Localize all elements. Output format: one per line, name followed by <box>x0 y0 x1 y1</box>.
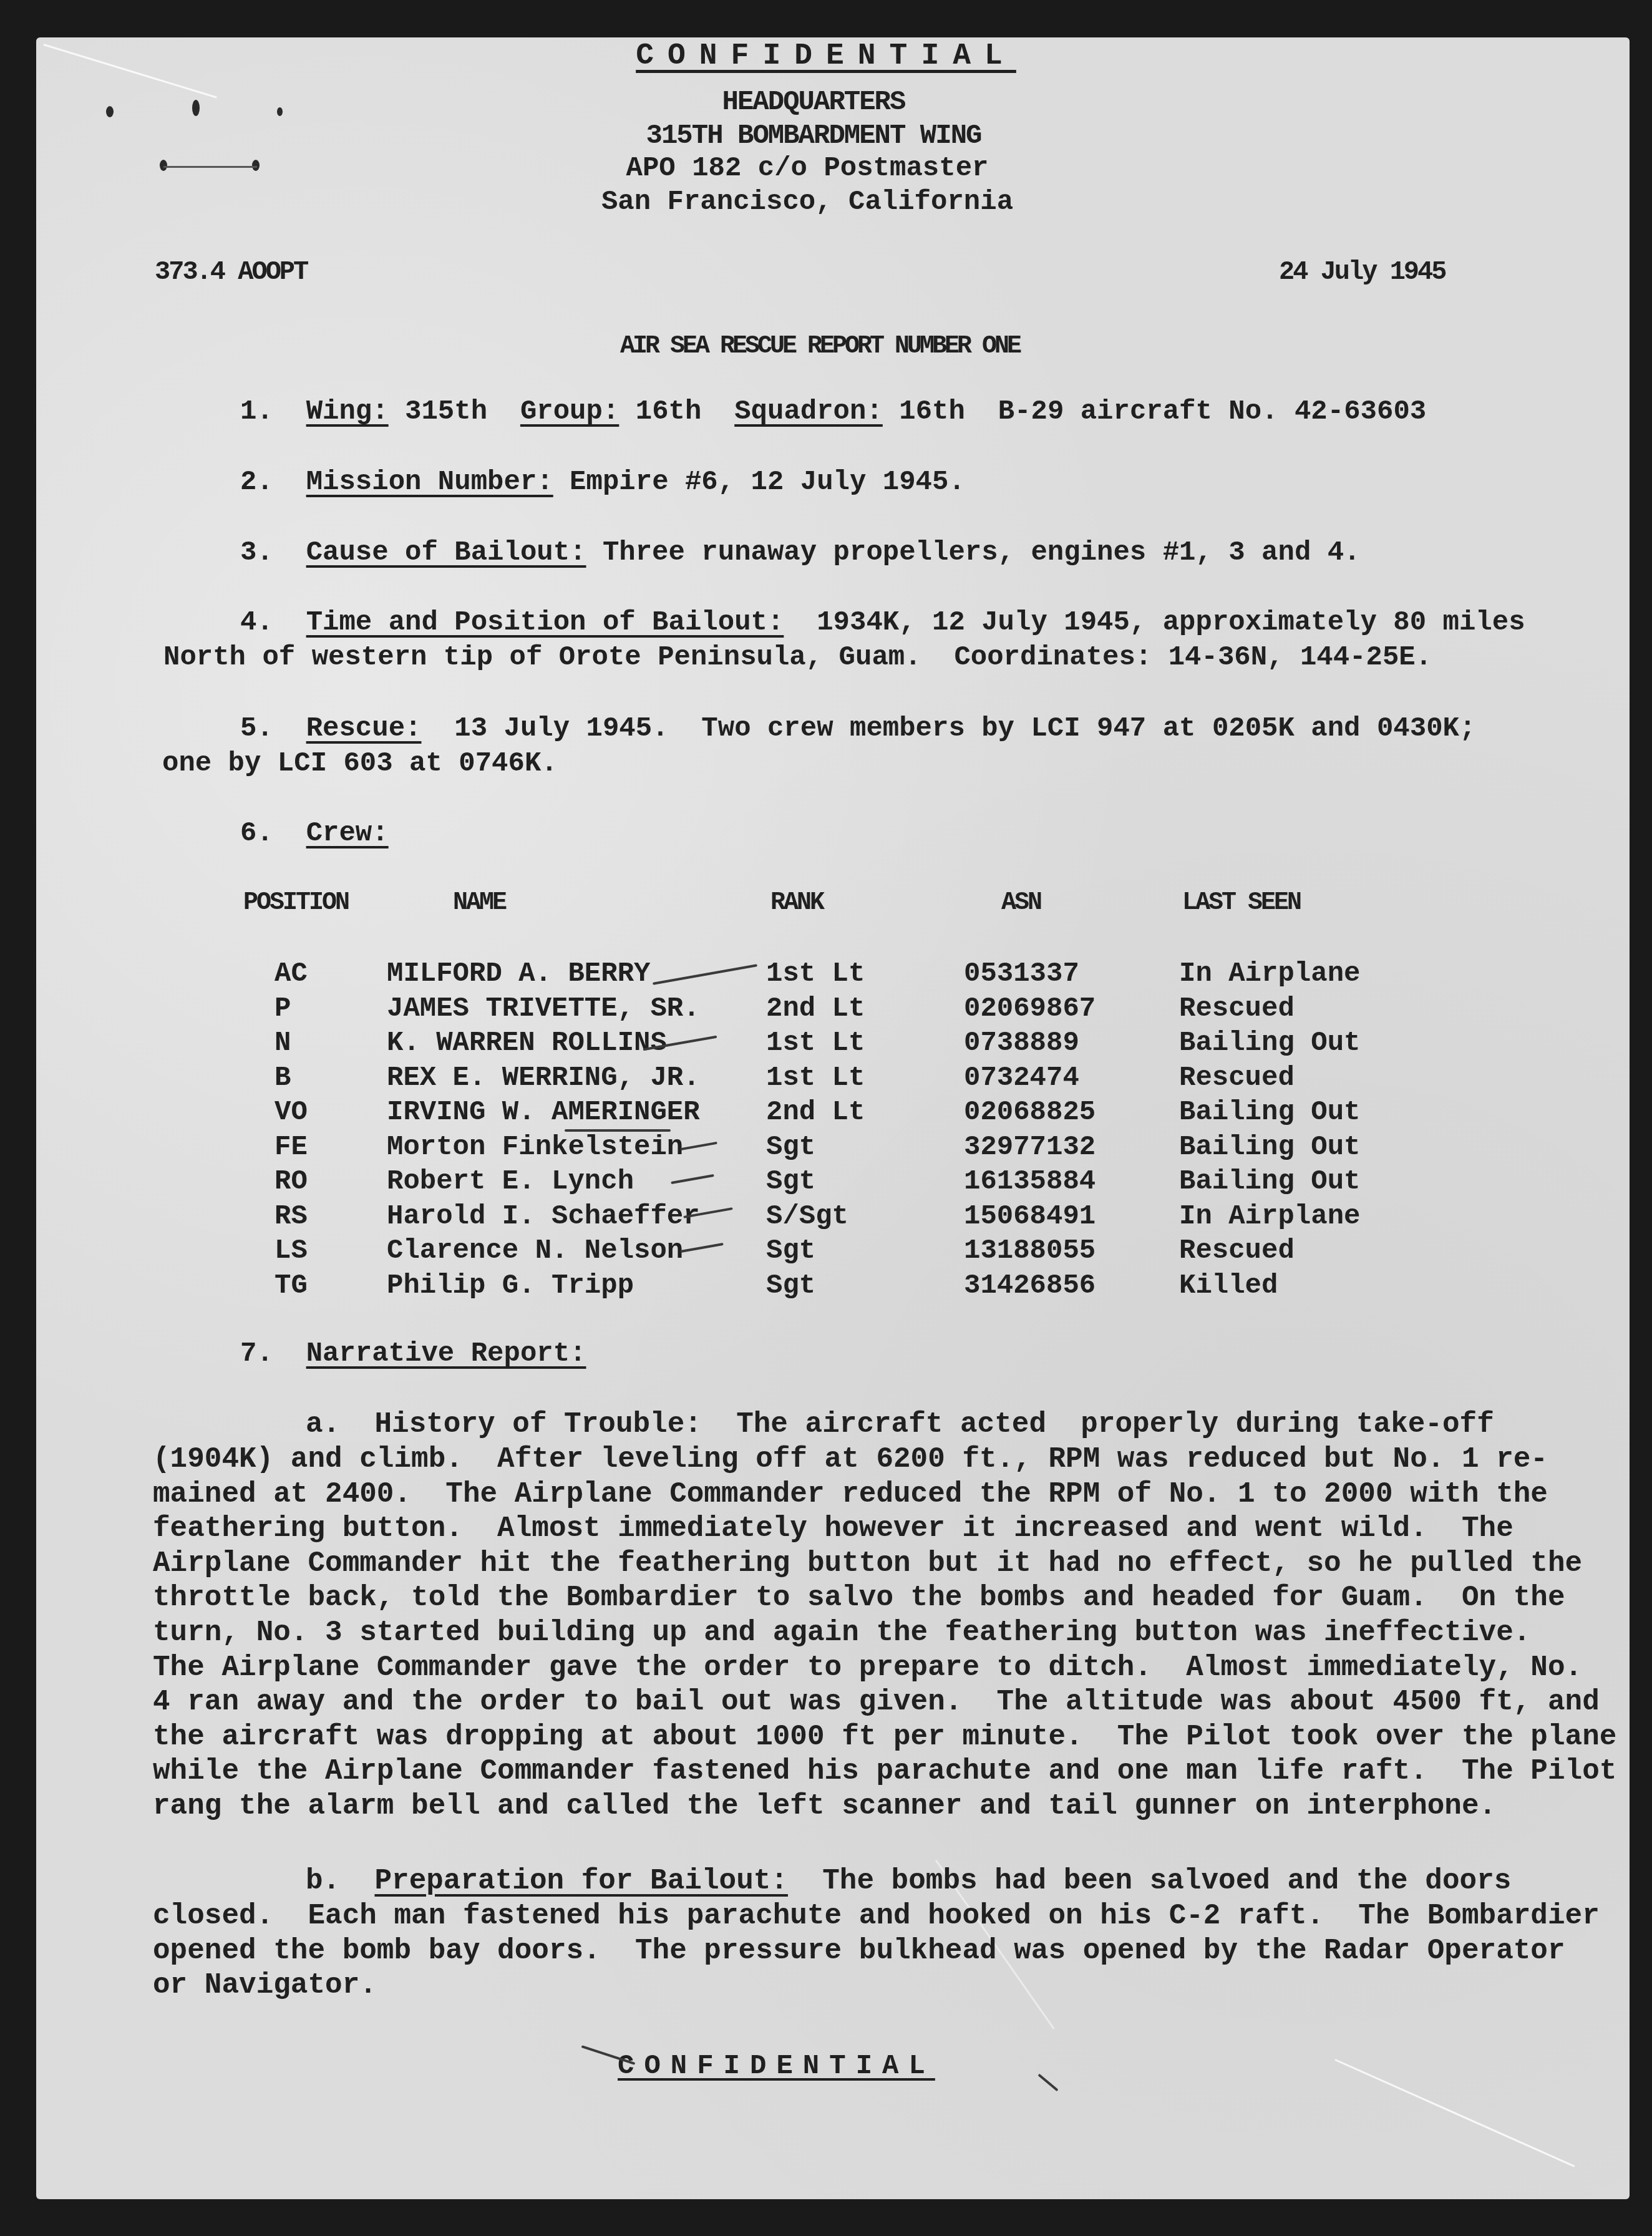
crew-rank: Sgt <box>766 1165 815 1199</box>
crew-last-seen: Bailing Out <box>1179 1165 1360 1199</box>
crew-position: VO <box>275 1096 308 1130</box>
crew-name: K. WARREN ROLLINS <box>387 1026 667 1061</box>
crew-name: Clarence N. Nelson <box>387 1234 683 1268</box>
crew-last-seen: Killed <box>1179 1269 1278 1303</box>
crew-rank: S/Sgt <box>766 1200 848 1234</box>
mission-number-value: Empire #6, 12 July 1945. <box>570 467 965 498</box>
crew-name: IRVING W. AMERINGER <box>387 1096 700 1130</box>
col-header-asn: ASN <box>1001 886 1041 920</box>
document-date: 24 July 1945 <box>1279 255 1445 289</box>
crew-rank: 2nd Lt <box>766 992 865 1026</box>
narrative-label: Narrative Report: <box>306 1338 586 1369</box>
org-line-1: HEADQUARTERS <box>0 85 1640 120</box>
squadron-label: Squadron: <box>734 396 883 427</box>
org-line-2: 315TH BOMBARDMENT WING <box>0 119 1640 153</box>
wing-label: Wing: <box>306 396 389 427</box>
crew-asn: 02068825 <box>964 1096 1096 1130</box>
crew-last-seen: Rescued <box>1179 992 1295 1026</box>
crew-position: FE <box>275 1130 308 1165</box>
crew-asn: 0531337 <box>964 957 1079 991</box>
col-header-last-seen: LAST SEEN <box>1182 886 1300 920</box>
crew-rank: Sgt <box>766 1234 815 1268</box>
cause-value: Three runaway propellers, engines #1, 3 … <box>603 537 1361 568</box>
crew-name: MILFORD A. BERRY <box>387 957 650 991</box>
crew-position: AC <box>275 957 308 991</box>
crew-position: P <box>275 992 291 1026</box>
crew-asn: 31426856 <box>964 1269 1096 1303</box>
para-b-first-line: b. Preparation for Bailout: The bombs ha… <box>306 1864 1511 1898</box>
para-a-line: the aircraft was dropping at about 1000 … <box>153 1719 1616 1754</box>
crew-last-seen: Bailing Out <box>1179 1026 1360 1061</box>
para-a-line: Airplane Commander hit the feathering bu… <box>153 1546 1582 1581</box>
time-position-label: Time and Position of Bailout: <box>306 607 784 638</box>
crew-name: Philip G. Tripp <box>387 1269 634 1303</box>
item-5-line-2: one by LCI 603 at 0746K. <box>162 746 558 781</box>
crew-rank: 2nd Lt <box>766 1096 865 1130</box>
crew-asn: 16135884 <box>964 1165 1096 1199</box>
para-a-line: 4 ran away and the order to bail out was… <box>153 1684 1600 1719</box>
crew-rank: 1st Lt <box>766 957 865 991</box>
crew-position: N <box>275 1026 291 1061</box>
crew-rank: Sgt <box>766 1130 815 1165</box>
para-b-line: closed. Each man fastened his parachute … <box>153 1898 1600 1933</box>
org-line-3: APO 182 c/o Postmaster <box>0 151 1633 186</box>
para-a-line: feathering button. Almost immediately ho… <box>153 1511 1514 1546</box>
group-label: Group: <box>520 396 619 427</box>
report-title: AIR SEA RESCUE REPORT NUMBER ONE <box>0 329 1646 364</box>
crew-rank: Sgt <box>766 1269 815 1303</box>
crew-last-seen: In Airplane <box>1179 957 1360 991</box>
para-a-line: The Airplane Commander gave the order to… <box>153 1650 1582 1685</box>
crew-asn: 32977132 <box>964 1130 1096 1165</box>
item-4: 4. Time and Position of Bailout: 1934K, … <box>240 605 1525 640</box>
item-1: 1. Wing: 315th Group: 16th Squadron: 16t… <box>240 394 1426 429</box>
classification-bottom: CONFIDENTIAL <box>618 2049 935 2084</box>
para-a-line: (1904K) and climb. After leveling off at… <box>153 1442 1548 1477</box>
para-a-line: mained at 2400. The Airplane Commander r… <box>153 1477 1548 1512</box>
crew-last-seen: Bailing Out <box>1179 1096 1360 1130</box>
item-2: 2. Mission Number: Empire #6, 12 July 19… <box>240 465 965 500</box>
crew-last-seen: Rescued <box>1179 1234 1295 1268</box>
crew-asn: 13188055 <box>964 1234 1096 1268</box>
crew-last-seen: Rescued <box>1179 1061 1295 1096</box>
crew-position: TG <box>275 1269 308 1303</box>
crew-name: Morton Finkelstein <box>387 1130 683 1165</box>
para-a-line: while the Airplane Commander fastened hi… <box>153 1754 1616 1789</box>
crew-name: Harold I. Schaeffer <box>387 1200 700 1234</box>
col-header-name: NAME <box>453 886 505 920</box>
item-5: 5. Rescue: 13 July 1945. Two crew member… <box>240 711 1475 746</box>
cause-label: Cause of Bailout: <box>306 537 586 568</box>
org-line-4: San Francisco, California <box>0 185 1633 220</box>
item-4-line-2: North of western tip of Orote Peninsula,… <box>163 640 1432 675</box>
item-3: 3. Cause of Bailout: Three runaway prope… <box>240 535 1361 570</box>
crew-name: Robert E. Lynch <box>387 1165 634 1199</box>
item-7: 7. Narrative Report: <box>240 1336 586 1371</box>
crew-position: RO <box>275 1165 308 1199</box>
col-header-rank: RANK <box>770 886 823 920</box>
para-b-heading: Preparation for Bailout: <box>374 1865 788 1897</box>
para-a-first-line: a. History of Trouble: The aircraft acte… <box>306 1407 1494 1442</box>
rescue-label: Rescue: <box>306 713 422 744</box>
crew-name: JAMES TRIVETTE, SR. <box>387 992 700 1026</box>
crew-label: Crew: <box>306 818 389 849</box>
crew-position: LS <box>275 1234 308 1268</box>
item-6: 6. Crew: <box>240 816 389 851</box>
crew-asn: 0732474 <box>964 1061 1079 1096</box>
para-a-heading: History of Trouble: <box>374 1408 702 1441</box>
file-reference: 373.4 AOOPT <box>155 255 307 289</box>
mission-number-label: Mission Number: <box>306 467 553 498</box>
crew-asn: 0738889 <box>964 1026 1079 1061</box>
crew-rank: 1st Lt <box>766 1061 865 1096</box>
crew-last-seen: In Airplane <box>1179 1200 1360 1234</box>
aircraft-number: B-29 aircraft No. 42-63603 <box>998 396 1427 427</box>
para-a-line: throttle back, told the Bombardier to sa… <box>153 1580 1565 1615</box>
para-a-line: turn, No. 3 started building up and agai… <box>153 1615 1530 1650</box>
crew-name: REX E. WERRING, JR. <box>387 1061 700 1096</box>
crew-position: B <box>275 1061 291 1096</box>
crew-last-seen: Bailing Out <box>1179 1130 1360 1165</box>
crew-rank: 1st Lt <box>766 1026 865 1061</box>
para-b-line: opened the bomb bay doors. The pressure … <box>153 1933 1565 1968</box>
para-b-line: or Navigator. <box>153 1968 377 2003</box>
crew-asn: 15068491 <box>964 1200 1096 1234</box>
classification-top: CONFIDENTIAL <box>0 39 1652 74</box>
crew-position: RS <box>275 1200 308 1234</box>
col-header-position: POSITION <box>243 886 348 920</box>
para-a-line: rang the alarm bell and called the left … <box>153 1789 1496 1824</box>
pen-underline <box>565 1129 671 1132</box>
crew-asn: 02069867 <box>964 992 1096 1026</box>
